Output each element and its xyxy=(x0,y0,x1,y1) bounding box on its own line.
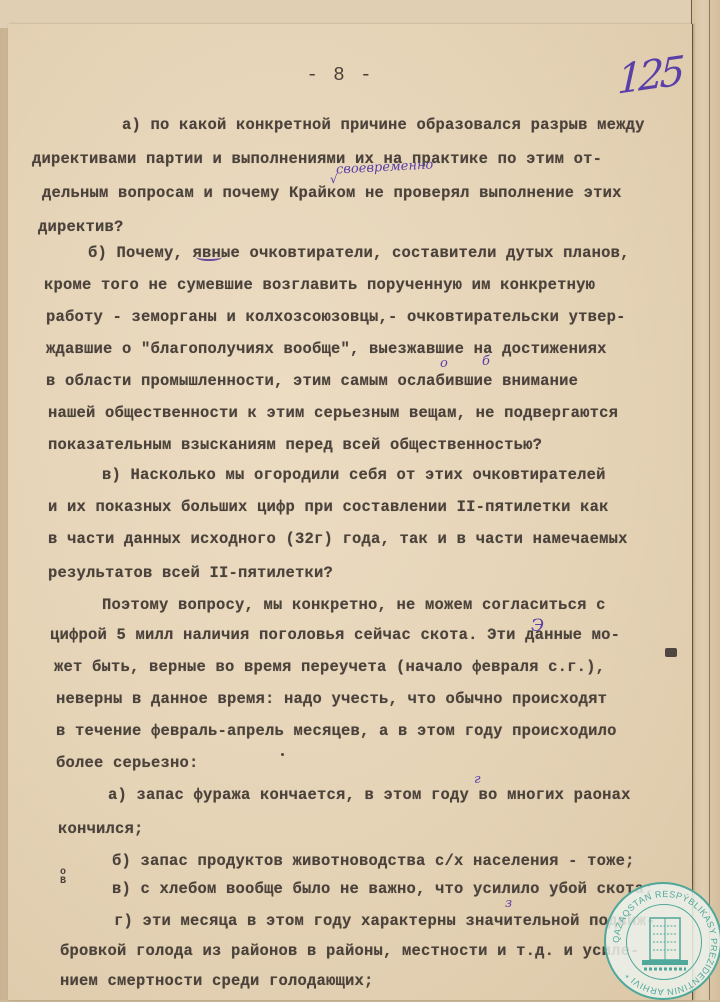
text-line: в) Насколько мы огородили себя от этих о… xyxy=(102,466,606,484)
text-line: нашей общественности к этим серьезным ве… xyxy=(48,404,618,422)
text-line: г) эти месяца в этом году характерны зна… xyxy=(114,912,656,930)
text-line: результатов всей II-пятилетки? xyxy=(48,564,333,582)
text-line: в течение февраль-апрель месяцев, а в эт… xyxy=(56,722,617,740)
handwritten-correction: б xyxy=(482,354,490,369)
right-edge-line xyxy=(709,0,710,1000)
handwritten-correction: о xyxy=(440,356,448,371)
handwritten-squiggle xyxy=(196,253,222,261)
handwritten-correction: з xyxy=(505,896,512,911)
folio-number-handwritten: 125 xyxy=(617,51,682,101)
right-binding-edge xyxy=(691,0,720,1000)
text-line: в области промышленности, этим самым осл… xyxy=(46,372,578,390)
text-line: в части данных исходного (32г) года, так… xyxy=(48,530,628,548)
ink-dot xyxy=(281,753,284,756)
text-line: бровкой голода из районов в районы, мест… xyxy=(60,942,640,960)
handwritten-correction: г xyxy=(474,772,481,787)
text-line: более серьезно: xyxy=(56,754,199,772)
text-line: а) запас фуража кончается, в этом году в… xyxy=(108,786,631,804)
text-line: Поэтому вопросу, мы конкретно, не можем … xyxy=(102,596,606,614)
text-line: неверны в данное время: надо учесть, что… xyxy=(56,690,607,708)
archive-stamp: QAZAQSTAN RESPÝBLIKASY PREZIDENTININ ARH… xyxy=(604,882,720,1000)
margin-mark: оВ xyxy=(60,868,66,886)
stamp-building-icon: QAZAQSTAN RESPÝBLIKASY PREZIDENTININ ARH… xyxy=(606,884,720,1000)
text-line: дельным вопросам и почему Крайком не про… xyxy=(42,184,622,202)
text-line: жет быть, верные во время переучета (нач… xyxy=(54,658,605,676)
text-line: директивами партии и выполнениями их на … xyxy=(32,150,602,168)
insertion-caret: √ xyxy=(330,172,338,186)
text-line: и их показных больших цифр при составлен… xyxy=(48,498,609,516)
text-line: работу - земорганы и колхозсоюзовцы,- оч… xyxy=(46,308,626,326)
text-line: в) с хлебом вообще было не важно, что ус… xyxy=(112,880,654,898)
text-line: б) запас продуктов животноводства с/х на… xyxy=(112,852,635,870)
ink-blot xyxy=(665,648,677,657)
text-line: кончился; xyxy=(58,820,144,838)
page-number: - 8 - xyxy=(300,64,380,86)
text-line: кроме того не сумевшие возглавить поруче… xyxy=(44,276,595,294)
text-line: а) по какой конкретной причине образовал… xyxy=(122,116,645,134)
text-line: б) Почему, явные очковтиратели, составит… xyxy=(88,244,630,262)
text-line: ждавшие о "благополучиях вообще", выезжа… xyxy=(46,340,607,358)
text-line: нием смертности среди голодающих; xyxy=(60,972,374,990)
handwritten-correction: Э xyxy=(531,616,544,636)
text-line: показательным взысканиям перед всей обще… xyxy=(48,436,542,454)
text-line: директив? xyxy=(38,218,124,236)
